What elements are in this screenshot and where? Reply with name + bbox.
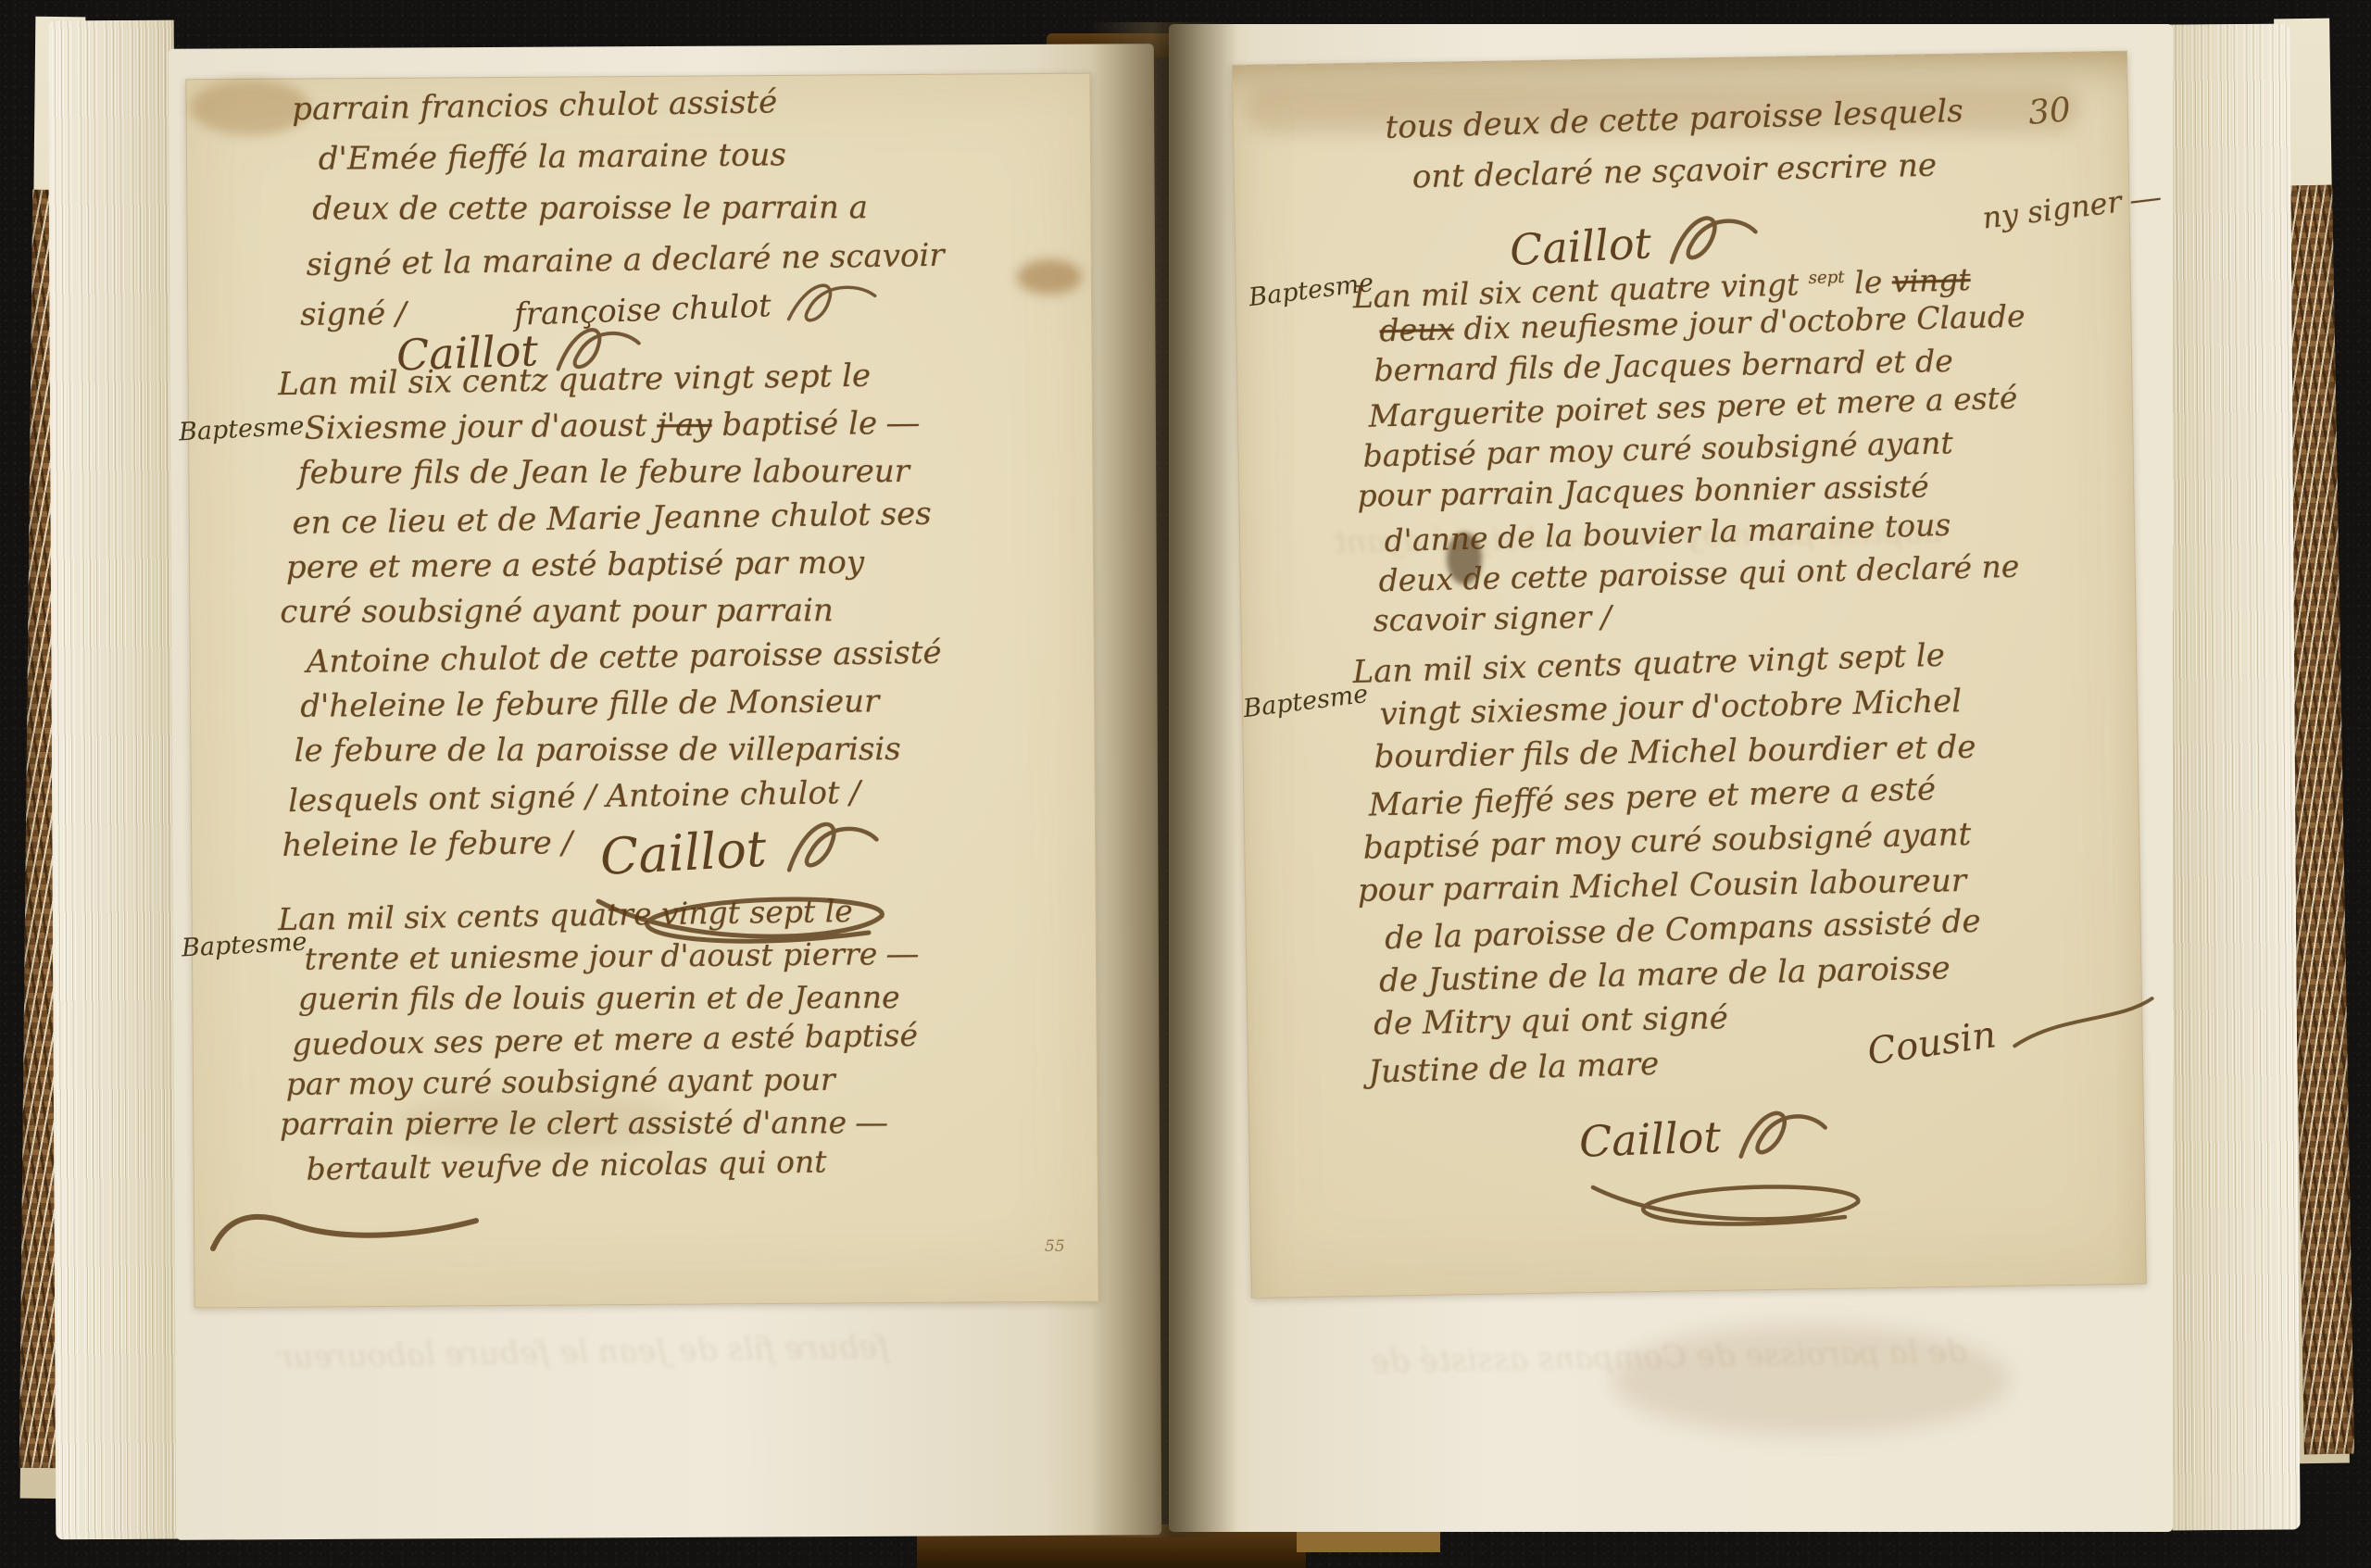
manuscript-line: Lan mil six cents quatre vingt sept le xyxy=(278,889,918,940)
manuscript-line: bertault veufve de nicolas qui ont xyxy=(306,1139,920,1190)
right-record-continuation: tous deux de cette paroisse lesquelsont … xyxy=(1385,87,1965,204)
photographed-manuscript-book: baptisé par moy curé soubsigné ayant de … xyxy=(0,0,2371,1568)
signature-paraph xyxy=(780,270,884,332)
manuscript-line: d'Emée fieffé la maraine tous xyxy=(318,128,943,185)
manuscript-line: trente et uniesme jour d'aoust pierre ― xyxy=(304,933,918,980)
manuscript-line: Sixiesme jour d'aoust j'ay baptisé le ― xyxy=(304,400,939,452)
manuscript-line: febure fils de Jean le febure laboureur xyxy=(298,448,940,496)
manuscript-line: guedoux ses pere et mere a esté baptisé xyxy=(292,1014,919,1065)
right-page-edges xyxy=(2162,24,2300,1531)
manuscript-line: par moy curé soubsigné ayant pour xyxy=(286,1058,920,1105)
manuscript-line: parrain francios chulot assisté xyxy=(292,74,944,135)
signature-flourish xyxy=(1574,1165,1880,1239)
manuscript-line: en ce lieu et de Marie Jeanne chulot ses xyxy=(292,491,940,546)
manuscript-line: parrain pierre le clert assisté d'anne ― xyxy=(280,1101,919,1145)
manuscript-line: pere et mere a esté baptisé par moy xyxy=(286,539,941,591)
manuscript-line: Antoine chulot de cette paroisse assisté xyxy=(306,630,941,685)
left-folio-number: 55 xyxy=(1045,1237,1065,1256)
right-baptism-record-1: Lan mil six cent quatre vingt sept le vi… xyxy=(1352,254,2032,644)
manuscript-line: le febure de la paroisse de villeparisis xyxy=(295,726,943,774)
manuscript-line: d'heleine le febure fille de Monsieur xyxy=(300,678,942,730)
paper-stain xyxy=(1017,259,1082,295)
manuscript-line: guerin fils de louis guerin et de Jeanne xyxy=(298,976,918,1020)
signature-text: Caillot xyxy=(1578,1111,1722,1166)
manuscript-line: curé soubsigné ayant pour parrain xyxy=(280,587,941,635)
manuscript-line: deux de cette paroisse le parrain a xyxy=(312,182,944,235)
signature-paraph xyxy=(1733,1098,1833,1173)
right-folio-number: 30 xyxy=(2026,91,2072,132)
left-baptism-record-1: Lan mil six centz quatre vingt sept leSi… xyxy=(278,354,944,869)
pen-flourish xyxy=(202,1195,489,1265)
book-gutter xyxy=(1089,22,1237,1537)
manuscript-line: Lan mil six centz quatre vingt sept le xyxy=(278,352,939,408)
left-page-edges xyxy=(48,20,182,1540)
left-baptism-record-2: Lan mil six cents quatre vingt sept letr… xyxy=(278,891,920,1188)
